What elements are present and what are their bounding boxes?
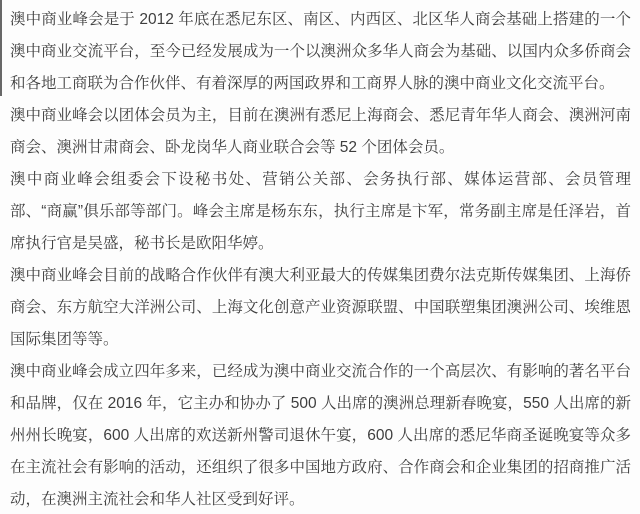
paragraph-achievements: 澳中商业峰会成立四年多来，已经成为澳中商业交流合作的一个高层次、有影响的著名平台… <box>10 356 631 514</box>
paragraph-membership: 澳中商业峰会以团体会员为主，目前在澳洲有悉尼上海商会、悉尼青年华人商会、澳洲河南… <box>10 100 631 164</box>
paragraph-organization-leaders: 澳中商业峰会组委会下设秘书处、营销公关部、会务执行部、媒体运营部、会员管理部、“… <box>10 164 631 260</box>
article-body: 澳中商业峰会是于 2012 年底在悉尼东区、南区、内西区、北区华人商会基础上搭建… <box>0 0 640 514</box>
screenshot-edge-artifact <box>0 0 2 96</box>
paragraph-strategic-partners: 澳中商业峰会目前的战略合作伙伴有澳大利亚最大的传媒集团费尔法克斯传媒集团、上海侨… <box>10 260 631 356</box>
paragraph-summit-founding: 澳中商业峰会是于 2012 年底在悉尼东区、南区、内西区、北区华人商会基础上搭建… <box>10 4 631 100</box>
